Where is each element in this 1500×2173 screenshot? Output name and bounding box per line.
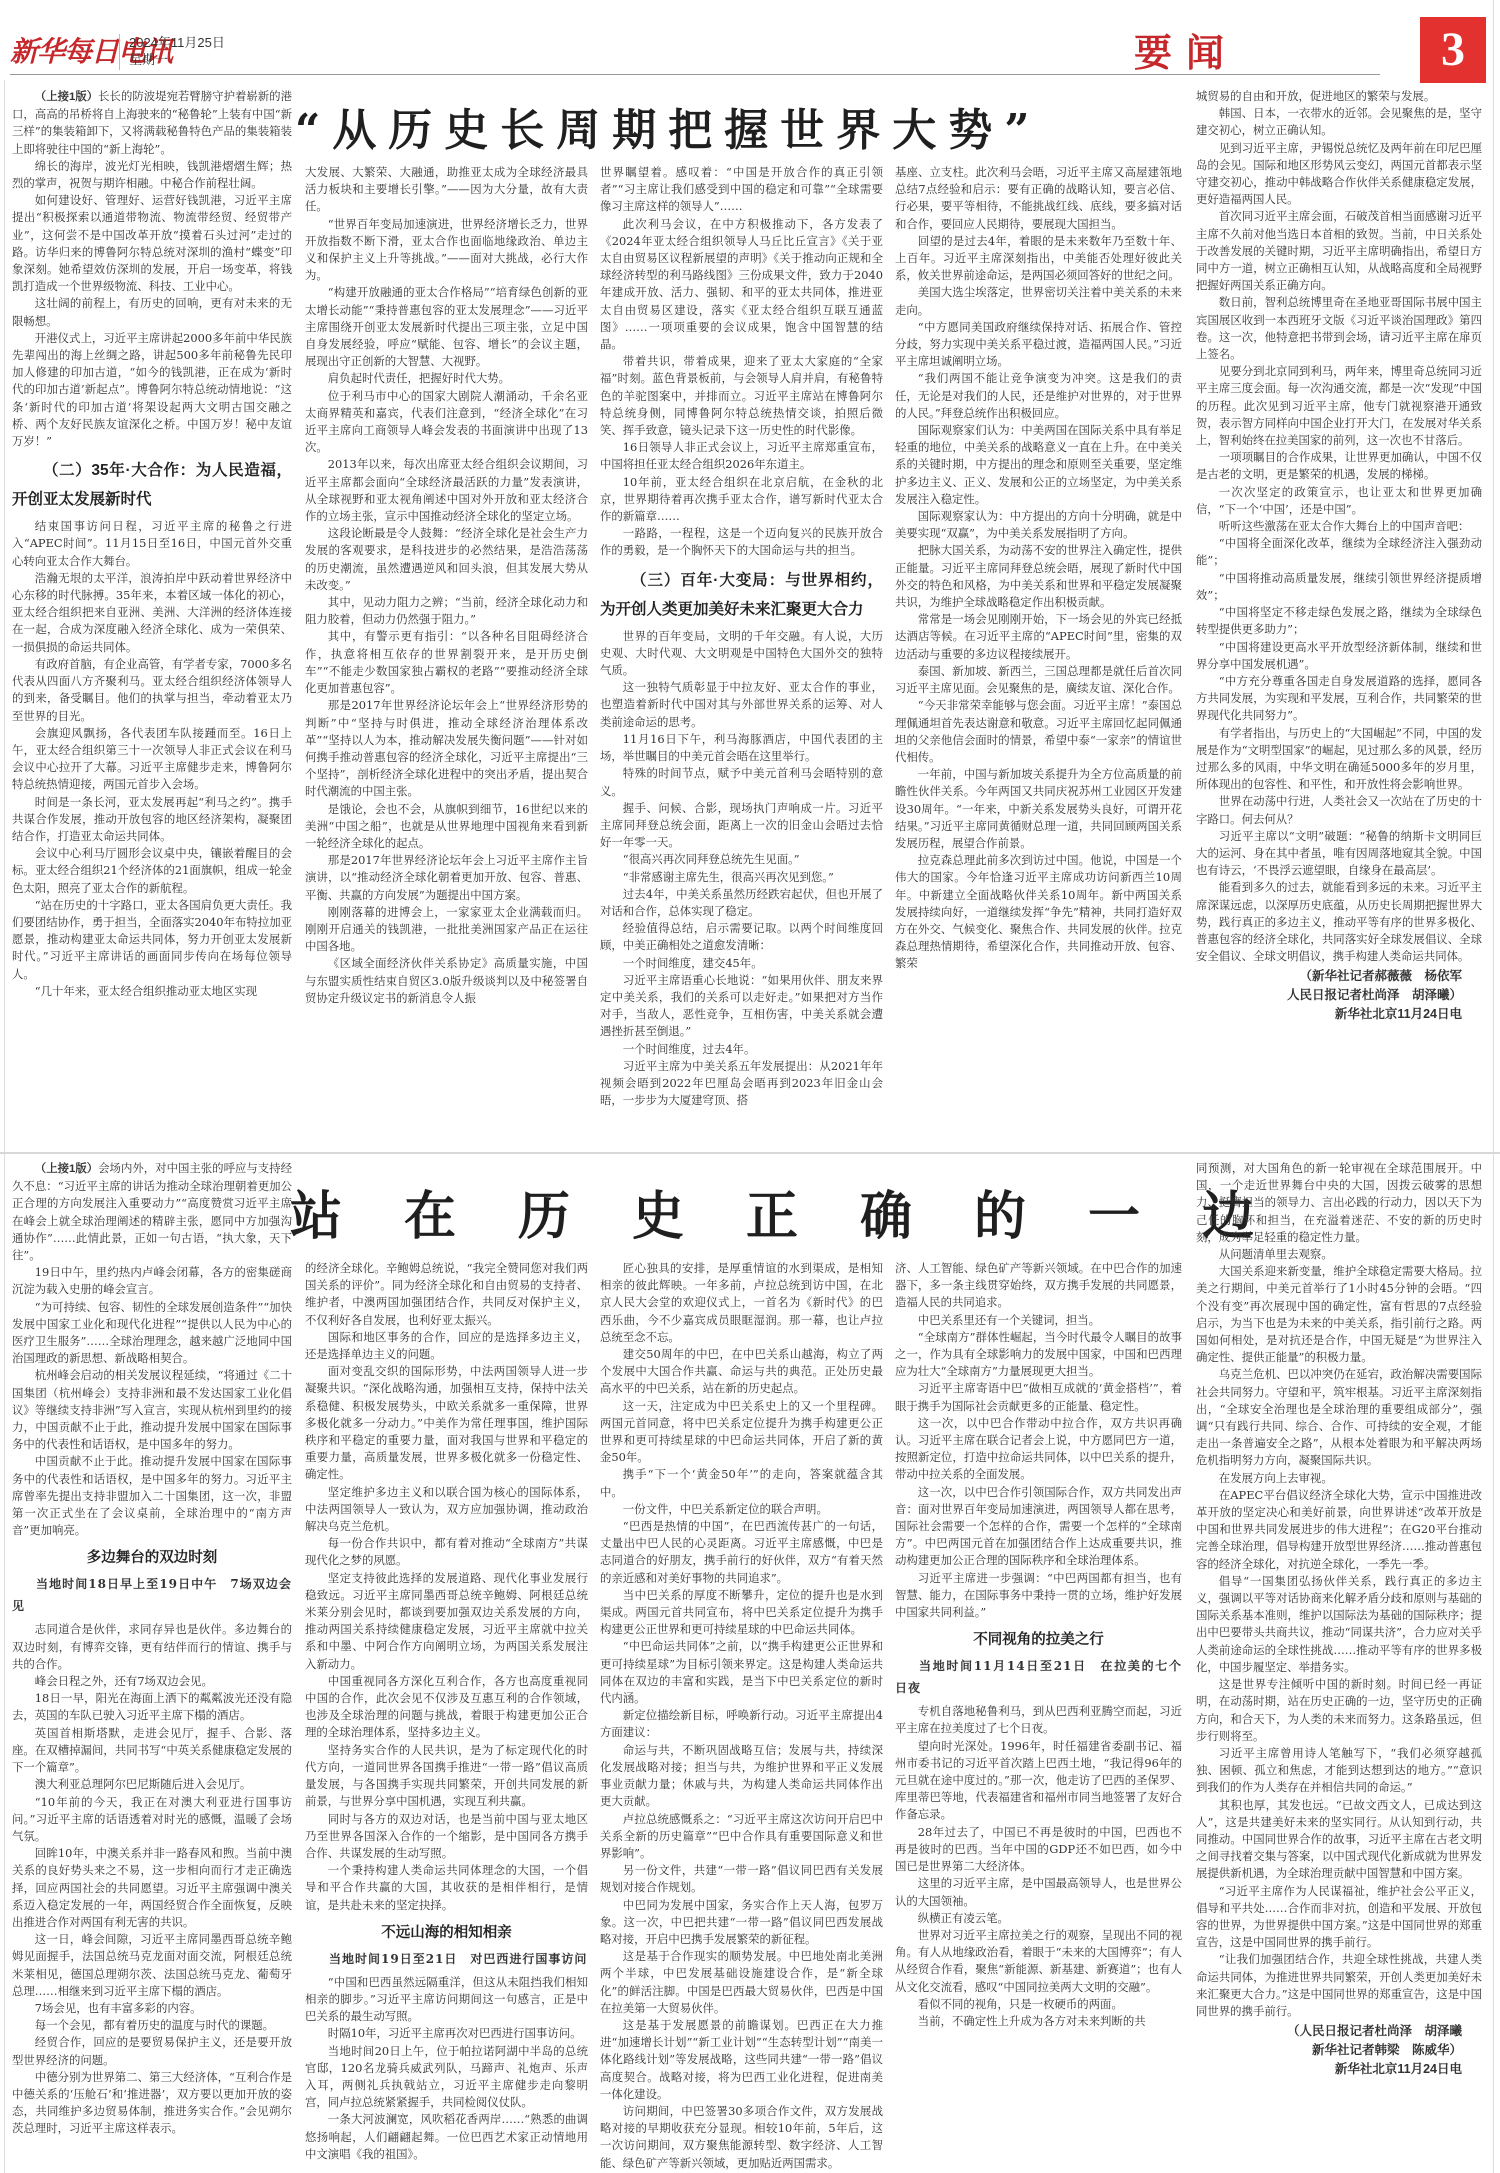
paragraph: 面对变乱交织的国际形势，中法两国领导人进一步凝聚共识。“深化战略沟通，加强相互支… (305, 1363, 588, 1483)
paragraph: 杭州峰会启动的相关发展议程延续，“将通过《二十国集团（杭州峰会）支持非洲和最不发… (12, 1367, 292, 1453)
section-title: 要闻 (1134, 22, 1238, 77)
paragraph: 韩国、日本，一衣带水的近邻。会见聚焦的是，坚守建交初心，树立正确认知。 (1196, 105, 1482, 139)
paragraph: 当地时间20日上午，位于帕拉诺阿湖中半岛的总统官邸，120名龙骑兵威武列队，马蹄… (305, 2043, 588, 2112)
paragraph: 峰会日程之外，还有7场双边会见。 (12, 1673, 292, 1690)
article-column-2: 大发展、大繁荣、大融通，助推亚太成为全球经济最具活力板块和主要增长引擎。”——因… (305, 164, 588, 1148)
paragraph: 倡导“一国集团弘扬伙伴关系，践行真正的多边主义，强调以平等对话协商来化解矛盾分歧… (1196, 1573, 1482, 1676)
paragraph: 这一次，以中巴合作引领国际合作，双方共同发出声音：面对世界百年变局加速演进，两国… (895, 1484, 1182, 1570)
paragraph: 坚定支持彼此选择的发展道路、现代化事业发展行稳致远。习近平主席同墨西哥总统辛鲍姆… (305, 1570, 588, 1673)
paragraph: 国际和地区事务的合作，回应的是选择多边主义，还是选择单边主义的问题。 (305, 1329, 588, 1363)
paragraph: 28年过去了，中国已不再是彼时的中国，巴西也不再是彼时的巴西。当年中国的GDP还… (895, 1824, 1182, 1876)
paragraph: 中巴同为发展中国家，务实合作上天人海，包罗万象。这一次，中巴把共建“一带一路”倡… (600, 1897, 883, 1949)
paragraph: 一次次坚定的政策宣示，也让亚太和世界更加确信，“下一个‘中国’，还是中国”。 (1196, 484, 1482, 518)
paragraph: 中巴关系里还有一个关键词，担当。 (895, 1312, 1182, 1329)
paragraph: “习近平主席作为人民谋福祉，维护社会公平正义，倡导和平共处……合作而非对抗，创造… (1196, 1883, 1482, 1952)
byline-dateline: 新华社北京11月24日电 (1196, 1005, 1462, 1024)
article-divider (0, 1152, 1500, 1154)
paragraph: 泰国、新加坡、新西兰，三国总理都是就任后首次同习近平主席见面。会见聚焦的是，廣续… (895, 663, 1182, 697)
paragraph: 中国重视同各方深化互利合作，各方也高度重视同中国的合作，此次会见不仅涉及互惠互利… (305, 1673, 588, 1742)
paragraph: 如何建设好、管理好、运营好钱凯港，习近平主席提出“积极探索以通道带物流、物流带经… (12, 192, 292, 295)
paragraph: “中国将推动高质量发展，继续引领世界经济提质增效”； (1196, 570, 1482, 604)
paragraph: 18日一早，阳光在海面上洒下的粼粼波光还没有隐去，英国的车队已驶入习近平主席下榻… (12, 1690, 292, 1724)
paragraph: 握手、问候、合影，现场执门声响成一片。习近平主席同拜登总统会面，距离上一次的旧金… (600, 800, 883, 852)
paragraph: 把脉大国关系，为动荡不安的世界注入确定性，提供正能量。习近平主席同拜登总统会晤，… (895, 542, 1182, 611)
paragraph: 习近平主席为中美关系五年发展提出：从2021年年视频会晤到2022年巴厘岛会晤再… (600, 1058, 883, 1110)
issue-weekday: 星期一 (129, 51, 225, 68)
paragraph: 10年前，亚太经合组织在北京启航，在金秋的北京，世界期待着再次携手亚太合作，谱写… (600, 474, 883, 526)
article-byline: （新华社记者郝薇薇 杨依军 人民日报记者杜尚泽 胡泽曦） 新华社北京11月24日… (1196, 967, 1482, 1024)
paragraph: 国际观察家们认为：中美两国在国际关系中具有举足轻重的地位，中美关系的战略意义一直… (895, 422, 1182, 508)
paragraph: 美国大选尘埃落定，世界密切关注着中美关系的未来走向。 (895, 284, 1182, 318)
paragraph: 肩负起时代责任，把握好时代大势。 (305, 370, 588, 387)
paragraph: 匠心独具的安排，是厚重情谊的水到渠成，是相知相亲的彼此辉映。一年多前，卢拉总统到… (600, 1260, 883, 1346)
paragraph: 会旗迎风飘扬，各代表团车队接踵而至。16日上午，亚太经合组织第三十一次领导人非正… (12, 725, 292, 794)
paragraph: 这一次，以中巴合作带动中拉合作，双方共识再确认。习近平主席在联合记者会上说，中方… (895, 1415, 1182, 1484)
paragraph: 一个时间维度，建交45年。 (600, 955, 883, 972)
byline-reporters-2: 人民日报记者杜尚泽 胡泽曦） (1196, 986, 1462, 1005)
paragraph: 从问题清单里去观察。 (1196, 1246, 1482, 1263)
paragraph: 结束国事访问日程，习近平主席的秘鲁之行进入“APEC时间”。11月15日至16日… (12, 518, 292, 570)
issue-date: 2024年11月25日 (129, 34, 225, 51)
paragraph: 建交50周年的中巴，在中巴关系山越海，构立了两个发展中大国合作共赢、命运与共的典… (600, 1346, 883, 1398)
article-column-3: 匠心独具的安排，是厚重情谊的水到渠成，是相知相亲的彼此辉映。一年多前，卢拉总统到… (600, 1260, 883, 2170)
paragraph: 经验值得总结，启示需要记取。以两个时间维度回顾，中美正确相处之道愈发清晰： (600, 920, 883, 954)
article-column-4: 济、人工智能、绿色矿产等新兴领域。在中巴合作的加速器下，多一条主线贯穿始终，双方… (895, 1260, 1182, 2170)
paragraph: 中国贡献不止于此。推动提升发展中国家在国际事务中的代表性和话语权，是中国多年的努… (12, 1453, 292, 1539)
article-column-3: 世界瞩望着。感叹着：“中国是开放合作的真正引领者”“习主席让我们感受到中国的稳定… (600, 128, 883, 1148)
paragraph: “中国将全面深化改革，继续为全球经济注入强劲动能”； (1196, 535, 1482, 569)
page-number-badge: 3 (1420, 17, 1486, 83)
paragraph: “我们两国不能让竞争演变为冲突。这是我们的责任，无论是对我们的人民，还是维护对世… (895, 370, 1182, 422)
paragraph: 11月16日下午，利马海豚酒店，中国代表团的主场，举世瞩目的中美元首会晤在这里举… (600, 731, 883, 765)
paragraph: 坚定维护多边主义和以联合国为核心的国际体系，中法两国领导人一致认为，双方应加强协… (305, 1484, 588, 1536)
paragraph: 特殊的时间节点，赋予中美元首利马会晤特别的意义。 (600, 765, 883, 799)
paragraph: 见要分到北京同到利马，两年来，博里奇总统同习近平主席三度会面。每一次沟通交流，都… (1196, 363, 1482, 449)
article-column-5: 同预测，对大国角色的新一轮审视在全球范围展开。中国，一个走近世界舞台中央的大国，… (1196, 1160, 1482, 2170)
paragraph: “很高兴再次同拜登总统先生见面。” (600, 851, 883, 868)
paragraph: 这里的习近平主席，是中国最高领导人，也是世界公认的大国领袖。 (895, 1875, 1182, 1909)
paragraph: 刚刚落幕的进博会上，一家家亚太企业满载而归。刚刚开启通关的钱凯港，一批批美洲国家… (305, 904, 588, 956)
paragraph: 有政府首脑，有企业高管，有学者专家，7000多名代表从四面八方齐聚利马。亚太经合… (12, 656, 292, 725)
paragraph: 志同道合是伙伴，求同存异也是伙伴。多边舞台的双边时刻，有博弈交锋，更有结伴而行的… (12, 1621, 292, 1673)
paragraph: 乌克兰危机、巴以冲突仍在延宕，政治解决需要国际社会共同努力。守望和平，筑牢根基。… (1196, 1366, 1482, 1469)
paragraph: 7场会见，也有丰富多彩的内容。 (12, 2000, 292, 2017)
article-column-2: 的经济全球化。辛鲍姆总统说，“我完全赞同您对我们两国关系的评价”。同为经济全球化… (305, 1260, 588, 2170)
paragraph: 当中巴关系的厚度不断攀升，定位的提升也是水到渠成。两国元首共同宣布，将中巴关系定… (600, 1587, 883, 1639)
paragraph: 新定位描绘新目标，呼唤新行动。习近平主席提出4方面建议： (600, 1707, 883, 1741)
paragraph: “让我们加强团结合作，共迎全球性挑战，共建人类命运共同体，为推进世界共同繁荣，开… (1196, 1951, 1482, 2020)
paragraph: 当前，不确定性上升成为各方对未来判断的共 (895, 2013, 1182, 2030)
paragraph: “中巴命运共同体”之前，以“携手构建更公正世界和更可持续星球”为目标引领来界定。… (600, 1638, 883, 1707)
paragraph: 习近平主席以“文明”破题：“秘鲁的纳斯卡文明同巨大的运河、身在其中者虽，唯有因周… (1196, 828, 1482, 880)
paragraph: “今天非常荣幸能够与您会面。习近平主席！”泰国总理佩通坦首先表达谢意和敬意。习近… (895, 697, 1182, 766)
paragraph: 世界在动荡中行进，人类社会又一次站在了历史的十字路口。何去何从？ (1196, 793, 1482, 827)
paragraph: 命运与共，不断巩固战略互信；发展与共，持续深化发展战略对接；担当与共，为维护世界… (600, 1742, 883, 1811)
issue-date-block: 2024年11月25日 星期一 (129, 34, 225, 68)
paragraph: 一条大河波澜宽，风吹稻花香两岸……“熟悉的曲调悠扬响起，人们翩翩起舞。一位巴西艺… (305, 2111, 588, 2163)
paragraph: 其积也厚，其发也远。“已故文西文人，已成达到这人”，这是共建美好未来的坚实同行。… (1196, 1797, 1482, 1883)
paragraph: 这一独特气质彰显于中拉友好、亚太合作的事业，也塑造着新时代中国对其与外部世界关系… (600, 679, 883, 731)
paragraph: 其中，见动力阻力之辨；“当前，经济全球化动力和阻力胶着，但动力仍然强于阻力。” (305, 594, 588, 628)
paragraph: 国际观察家认为：中方提出的方向十分明确，就是中美要实现“双赢”，为中美关系发展指… (895, 508, 1182, 542)
article-byline: （人民日报记者杜尚泽 胡泽曦 新华社记者韩梁 陈威华） 新华社北京11月24日电 (1196, 2022, 1482, 2079)
paragraph: 回望的是过去4年，着眼的是未来数年乃至数十年、上百年。习近平主席深刻指出，中美能… (895, 233, 1182, 285)
section-dateline: 当地时间11月14日至21日 在拉美的七个日夜 (895, 1655, 1182, 1699)
masthead: 新华每日电讯 2024年11月25日 星期一 要闻 3 (0, 0, 1500, 80)
paragraph: 开港仪式上，习近平主席讲起2000多年前中华民族先辈闯出的海上丝绸之路，讲起50… (12, 330, 292, 450)
section-subheading: 多边舞台的双边时刻 (12, 1545, 292, 1571)
article-headline: 站在历史正确的一边 (290, 1174, 1316, 1249)
paragraph: 其中，有警示更有指引：“以各种名目阻碍经济合作，执意将相互依存的世界割裂开来，是… (305, 628, 588, 697)
paragraph: “中国将建设更高水平开放型经济新体制，继续和世界分享中国发展机遇”。 (1196, 639, 1482, 673)
paragraph: 访问期间，中巴签署30多项合作文件，双方发展战略对接的早期收获充分显现。相较10… (600, 2103, 883, 2170)
section-dateline: 当地时间19日至21日 对巴西进行国事访问 (305, 1948, 588, 1970)
paragraph: 城贸易的自由和开放，促进地区的繁荣与发展。 (1196, 88, 1482, 105)
logo-divider (119, 34, 120, 70)
paragraph: 听听这些激荡在亚太合作大舞台上的中国声音吧： (1196, 518, 1482, 535)
paragraph: “非常感谢主席先生，很高兴再次见到您。” (600, 869, 883, 886)
paragraph: “中方充分尊重各国走自身发展道路的选择，愿同各方共同发展，为实现和平发展，互利合… (1196, 673, 1482, 725)
paragraph: 常常是一场会见刚刚开始，下一场会见的外宾已经抵达酒店等候。在习近平主席的“APE… (895, 611, 1182, 663)
paragraph: 会议中心利马厅圆形会议桌中央，镶嵌着醒目的会标。亚太经合组织21个经济体的21面… (12, 845, 292, 897)
paragraph: 在发展方向上去审视。 (1196, 1470, 1482, 1487)
paragraph: “中国和巴西虽然远隔重洋，但这从未阻挡我们相知相亲的脚步。”习近平主席访问期间这… (305, 1974, 588, 2026)
paragraph: 经贸合作，回应的是要贸易保护主义，还是要开放型世界经济的问题。 (12, 2034, 292, 2068)
paragraph: 英国首相斯塔默，走进会见厅，握手、合影、落座。在双槽掉漏间，共同书写“中英关系健… (12, 1725, 292, 1777)
paragraph: 这一天，注定成为中巴关系史上的又一个里程碑。两国元首同意，将中巴关系定位提升为携… (600, 1398, 883, 1467)
paragraph: 一个时间维度，过去4年。 (600, 1041, 883, 1058)
paragraph: 习近平主席寄语中巴“做相互成就的‘黄金搭档’”，着眼于携手为国际社会贡献更多的正… (895, 1380, 1182, 1414)
paragraph: 位于利马市中心的国家大剧院人潮涌动，千余名亚太商界精英和嘉宾，代表们注意到，“经… (305, 388, 588, 457)
article-world-trends: “从历史长周期把握世界大势” （上接1版）长长的防波堤宛若臂膀守护着崭新的港口，… (0, 88, 1500, 1150)
paragraph: 回眸10年，中澳关系并非一路春风和煦。当前中澳关系的良好势头来之不易，这一步相向… (12, 1845, 292, 1931)
paragraph: 每一个会见，都有着历史的温度与时代的课题。 (12, 2017, 292, 2034)
paragraph: 一项项瞩目的合作成果，让世界更加确认，中国不仅是古老的文明，更是繁荣的机遇，发展… (1196, 449, 1482, 483)
paragraph: 同预测，对大国角色的新一轮审视在全球范围展开。中国，一个走近世界舞台中央的大国，… (1196, 1160, 1482, 1246)
paragraph: 中德分别为世界第二、第三大经济体，“互利合作是中德关系的‘压舱石’和‘推进器’，… (12, 2069, 292, 2138)
paragraph: 坚持务实合作的人民共识，是为了标定现代化的时代方向，一道同世界各国携手推进“一带… (305, 1742, 588, 1811)
paragraph: “为可持续、包容、韧性的全球发展创造条件”“加快发展中国家工业化和现代化进程”“… (12, 1299, 292, 1368)
paragraph: 《区域全面经济伙伴关系协定》高质量实施，中国与东盟实质性结束自贸区3.0版升级谈… (305, 955, 588, 1007)
paragraph: 的经济全球化。辛鲍姆总统说，“我完全赞同您对我们两国关系的评价”。同为经济全球化… (305, 1260, 588, 1329)
paragraph: 这一日，峰会间隙，习近平主席同墨西哥总统辛鲍姆见面握手，法国总统马克龙面对面交流… (12, 1931, 292, 2000)
paragraph: 携手“下一个‘黄金50年’”的走向，答案就蕴含其中。 (600, 1466, 883, 1500)
paragraph: 此次利马会议，在中方积极推动下，各方发表了《2024年亚太经合组织领导人马丘比丘… (600, 216, 883, 354)
paragraph: 基座、立支柱。此次利马会晤，习近平主席又高屋建瓴地总结7点经验和启示：要有正确的… (895, 164, 1182, 233)
paragraph: 世界对习近平主席拉美之行的观察，呈现出不同的视角。有人从地缘政治看，着眼于“未来… (895, 1927, 1182, 1996)
byline-reporters-1: （新华社记者郝薇薇 杨依军 (1196, 967, 1462, 986)
paragraph: 每一份合作共识中，都有着对推动“全球南方”共谋现代化之梦的夙愿。 (305, 1535, 588, 1569)
paragraph: 16日领导人非正式会议上，习近平主席郑重宣布，中国将担任亚太经合组织2026年东… (600, 439, 883, 473)
paragraph: 过去4年，中美关系虽然历经跌宕起伏，但也开展了对话和合作，总体实现了稳定。 (600, 886, 883, 920)
paragraph: 在APEC平台倡议经济全球化大势，宣示中国推进改革开放的坚定决心和美好前景，向世… (1196, 1487, 1482, 1573)
paragraph: 大发展、大繁荣、大融通，助推亚太成为全球经济最具活力板块和主要增长引擎。”——因… (305, 164, 588, 216)
article-column-1: （上接1版）会场内外，对中国主张的呼应与支持经久不息：“习近平主席的讲话为推动全… (12, 1160, 292, 2170)
paragraph: 这是世界专注倾听中国的新时刻。时间已经一再证明，在动荡时期，站在历史正确的一边，… (1196, 1676, 1482, 1745)
paragraph: “中方愿同美国政府继续保持对话、拓展合作、管控分歧，努力实现中美关系平稳过渡，造… (895, 319, 1182, 371)
section-subheading: 不远山海的相知相亲 (305, 1920, 588, 1946)
paragraph: 世界瞩望着。感叹着：“中国是开放合作的真正引领者”“习主席让我们感受到中国的稳定… (600, 164, 883, 216)
paragraph: 大国关系迎来新变量，维护全球稳定需要大格局。拉美之行期间，中美元首举行了1小时4… (1196, 1263, 1482, 1366)
paragraph: 一年前，中国与新加坡关系提升为全方位高质量的前瞻性伙伴关系。今年两国又共同庆祝苏… (895, 766, 1182, 852)
paragraph: “构建开放融通的亚太合作格局”“培育绿色创新的亚太增长动能”“秉持普惠包容的亚太… (305, 284, 588, 370)
paragraph: 数日前，智利总统博里奇在圣地亚哥国际书展中国主宾国展区收到一本西班牙文版《习近平… (1196, 294, 1482, 363)
article-column-1: （上接1版）长长的防波堤宛若臂膀守护着崭新的港口，高高的吊桥将自上海驶来的“秘鲁… (12, 88, 292, 1148)
paragraph: 一份文件，中巴关系新定位的联合声明。 (600, 1501, 883, 1518)
continued-from-tag: （上接1版） (35, 91, 98, 103)
article-column-4: 基座、立支柱。此次利马会晤，习近平主席又高屋建瓴地总结7点经验和启示：要有正确的… (895, 128, 1182, 1148)
paragraph: 时隔10年，习近平主席再次对巴西进行国事访问。 (305, 2025, 588, 2042)
byline-reporters-1: （人民日报记者杜尚泽 胡泽曦 (1196, 2022, 1462, 2041)
paragraph: 一路路，一程程，这是一个迈向复兴的民族开放合作的勇毅，是一个胸怀天下的大国命运与… (600, 525, 883, 559)
paragraph: 澳大利亚总理阿尔巴尼斯随后进入会见厅。 (12, 1776, 292, 1793)
paragraph: 19日中午，里约热内卢峰会闭幕，各方的密集磋商沉淀为载入史册的峰会宣言。 (12, 1264, 292, 1298)
paragraph: 这是基于发展愿景的前瞻谋划。巴西正在大力推进“加速增长计划”“新工业计划”“生态… (600, 2017, 883, 2103)
section-subheading: （三）百年·大变局：与世界相约，为开创人类更加美好未来汇聚更大合力 (600, 566, 883, 624)
paragraph: 济、人工智能、绿色矿产等新兴领域。在中巴合作的加速器下，多一条主线贯穿始终，双方… (895, 1260, 1182, 1312)
paragraph: 拉克森总理此前多次到访过中国。他说，中国是一个伟大的国家。今年恰逢习近平主席成功… (895, 852, 1182, 972)
paragraph: “10年前的今天，我正在对澳大利亚进行国事访问。”习近平主席的话语透着对时光的感… (12, 1794, 292, 1846)
byline-reporters-2: 新华社记者韩梁 陈威华） (1196, 2041, 1462, 2060)
section-dateline: 当地时间18日早上至19日中午 7场双边会见 (12, 1573, 292, 1617)
paragraph: 2013年以来，每次出席亚太经合组织会议期间，习近平主席都会面向“全球经济最活跃… (305, 456, 588, 525)
paragraph: 那是2017年世界经济论坛年会上习近平主席作主旨演讲，以“推动经济全球化朝着更加… (305, 852, 588, 904)
paragraph: 带着共识，带着成果，迎来了亚太大家庭的“全家福”时刻。蓝色背景板前，与会领导人肩… (600, 353, 883, 439)
paragraph: 有学者指出，与历史上的“大国崛起”不同，中国的发展是作为“文明型国家”的崛起，见… (1196, 725, 1482, 794)
paragraph: （上接1版）会场内外，对中国主张的呼应与支持经久不息：“习近平主席的讲话为推动全… (12, 1160, 292, 1264)
paragraph: “世界百年变局加速演进，世界经济增长乏力，世界开放指数不断下滑，亚太合作也面临地… (305, 216, 588, 285)
paragraph: 这是基于合作现实的顺势发展。中巴地处南北美洲两个半球，中巴发展基础设施建设合作，… (600, 1948, 883, 2017)
paragraph: “几十年来，亚太经合组织推动亚太地区实现 (12, 983, 292, 1000)
paragraph: 另一份文件，共建“一带一路”倡议同巴西有关发展规划对接合作规划。 (600, 1862, 883, 1896)
paragraph: 望向时光深处。1996年，时任福建省委副书记、福州市委书记的习近平首次踏上巴西土… (895, 1738, 1182, 1824)
paragraph: 首次同习近平主席会面，石破茂首相当面感谢习近平主席不久前对他当选日本首相的致贺。… (1196, 208, 1482, 294)
paragraph: 纵横正有凌云笔。 (895, 1910, 1182, 1927)
paragraph: 时间是一条长河，亚太发展再起“利马之约”。携手共谋合作发展，推动开放包容的地区经… (12, 794, 292, 846)
paragraph: 是饿论，会也不会，从旗帜到细节，16世纪以来的美洲“中国之船”，也就是从世界地理… (305, 801, 588, 853)
paragraph: 习近平主席进一步强调：“中巴两国都有担当，也有智慧、能力，在国际事务中秉持一贯的… (895, 1570, 1182, 1622)
paragraph: 同时与各方的双边对话，也是当前中国与亚太地区乃至世界各国深入合作的一个缩影，是中… (305, 1811, 588, 1863)
article-column-5: 城贸易的自由和开放，促进地区的繁荣与发展。 韩国、日本，一衣带水的近邻。会见聚焦… (1196, 88, 1482, 1148)
paragraph: “巴西是热情的中国”，在巴西流传甚广的一句话，丈量出中巴人民的心灵距离。习近平主… (600, 1518, 883, 1587)
paragraph: 这段论断最是令人鼓舞：“经济全球化是社会生产力发展的客观要求，是科技进步的必然结… (305, 525, 588, 594)
paragraph: 能看到多久的过去，就能看到多远的未来。习近平主席深谋远虑，以深厚历史底蕴，从历史… (1196, 879, 1482, 965)
paragraph: 一个秉持构建人类命运共同体理念的大国，一个倡导和平合作共赢的大国，其收获的是相伴… (305, 1862, 588, 1914)
paragraph: 世界的百年变局，文明的千年交融。有人说，大历史观、大时代观、大文明观是中国特色大… (600, 628, 883, 680)
paragraph: 这壮阔的前程上，有历史的回响，更有对未来的无限畅想。 (12, 295, 292, 329)
paragraph: “站在历史的十字路口，亚太各国肩负更大责任。我们要团结协作，勇于担当，全面落实2… (12, 897, 292, 983)
paragraph: 习近平主席曾用诗人笔触写下，“我们必须穿越孤独、困顿、孤立和焦虑，才能到达想到达… (1196, 1745, 1482, 1797)
paragraph: “全球南方”群体性崛起，当今时代最令人瞩目的故事之一，作为具有全球影响力的发展中… (895, 1329, 1182, 1381)
paragraph: 专机自落地秘鲁利马，到从巴西利亚腾空而起，习近平主席在拉美度过了七个日夜。 (895, 1703, 1182, 1737)
article-right-side-of-history: 站在历史正确的一边 （上接1版）会场内外，对中国主张的呼应与支持经久不息：“习近… (0, 1160, 1500, 2173)
paragraph: 卢拉总统感慨系之：“习近平主席这次访问开启巴中关系全新的历史篇章”“巴中合作具有… (600, 1811, 883, 1863)
paragraph: 浩瀚无垠的太平洋，浪涛拍岸中跃动着世界经济中心东移的时代脉搏。35年来，本着区域… (12, 570, 292, 656)
paragraph: 习近平主席语重心长地说：“如果用伙伴、朋友来界定中美关系，我们的关系可以走好走。… (600, 972, 883, 1041)
paragraph: （上接1版）长长的防波堤宛若臂膀守护着崭新的港口，高高的吊桥将自上海驶来的“秘鲁… (12, 88, 292, 158)
paragraph: 绵长的海岸，波光灯光相映，钱凯港熠熠生辉；热烈的掌声，祝贺与期许相融。中秘合作前… (12, 158, 292, 192)
byline-dateline: 新华社北京11月24日电 (1196, 2060, 1462, 2079)
paragraph: 看似不同的视角，只是一枚硬币的两面。 (895, 1996, 1182, 2013)
continued-from-tag: （上接1版） (35, 1163, 98, 1175)
section-subheading: （二）35年·大合作：为人民造福，开创亚太发展新时代 (12, 456, 292, 514)
section-subheading: 不同视角的拉美之行 (895, 1627, 1182, 1653)
paragraph: 见到习近平主席，尹锡悦总统忆及两年前在印尼巴厘岛的会见。国际和地区形势风云变幻，… (1196, 140, 1482, 209)
paragraph: 那是2017年世界经济论坛年会上“世界经济形势的判断”中“坚持与时俱进，推动全球… (305, 697, 588, 800)
paragraph: “中国将坚定不移走绿色发展之路，继续为全球绿色转型提供更多助力”； (1196, 604, 1482, 638)
